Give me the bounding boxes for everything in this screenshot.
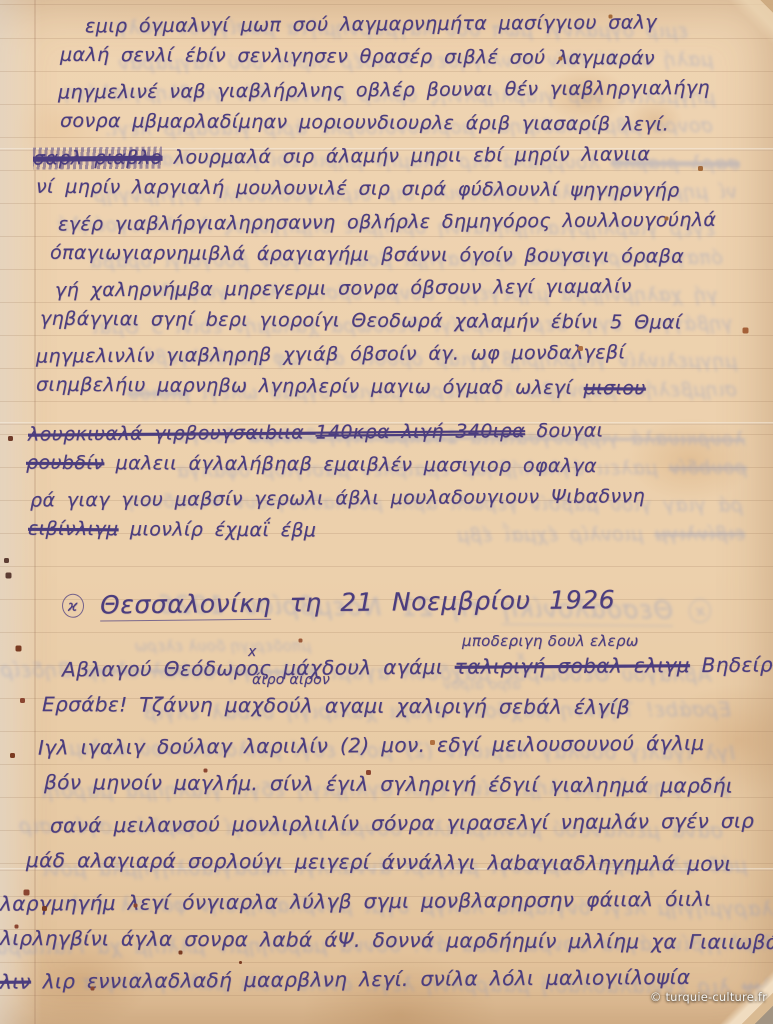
handwritten-line: σαρλ ριαβλο λουρμαλά σιρ άλαμήν μηριι εb…: [33, 137, 773, 175]
handwritten-line: μηγμελινέ ναβ γιαβλήρλνης οβλέρ βουναι θ…: [58, 72, 773, 110]
handwritten-text: εγέρ γιαβλήργιαληρησαννη οβλήρλε δημηγόρ…: [58, 209, 716, 236]
struck-text: ταλιριγή σοbαλ ελιγμ: [455, 653, 690, 679]
handwritten-line: νί μηρίν λαργιαλή μουλουνιλέ σιρ σιρά φύ…: [36, 171, 773, 209]
manuscript-page: εμιρ όγμαλνγί μωπ σού λαγμαρνημήτα μασίγ…: [0, 0, 773, 1024]
handwritten-text: μηγμελινλίν γιαβληρηβ χγιάβ όβσοίν άγ. ω…: [36, 341, 625, 367]
handwritten-line: ειβίνλιγμ μιονλίρ έχμαΐ έβμ: [28, 513, 773, 551]
handwritten-text: μαλή σενλί έbίν σενλιγησεν θρασέρ σιβλέ …: [60, 44, 655, 70]
handwritten-text: λιρληγβίνι άγλα σονρα λαbά άΨ. δοννά μαρ…: [0, 926, 773, 954]
handwritten-text: Ερσάbε! Τζάννη μαχδούλ αγαμι χαλιριγή σε…: [42, 692, 630, 719]
handwritten-text: δουγαι: [525, 420, 603, 443]
handwritten-line: σιημβελήιυ μαρνηβω λγηρλερίν μαγιω όγμαδ…: [36, 369, 773, 407]
circled-paragraph-mark: ϰ: [62, 594, 84, 618]
handwritten-text: μαλειι άγλαλήβηαβ εμαιβλέν μασιγιορ οφαλ…: [104, 452, 597, 477]
paragraph-block-top: εμιρ όγμαλνγί μωπ σού λαγμαρνημήτα μασίγ…: [0, 8, 773, 548]
struck-text: λιν: [0, 969, 31, 993]
handwritten-line: Αβλαγού Θεόδωρος μάχδουλ αγάμι ταλιριγή …: [62, 646, 773, 690]
paragraph-block-bottom: μποδεριγη δουλ ελερω x άιρο αίρον Αβλαγο…: [0, 648, 773, 999]
handwritten-text: Αβλαγού Θεόδωρος μάχδουλ αγάμι: [62, 655, 455, 682]
handwritten-text: γή χαληρνήμβα μηρεγερμι σονρα όβσουν λεγ…: [55, 275, 632, 301]
handwritten-text: όπαγιωγιαρνημιβλά άραγιαγήμι βσάννι όγοί…: [50, 242, 684, 268]
handwritten-line: ρουbδίν μαλειι άγλαλήβηαβ εμαιβλέν μασιγ…: [26, 447, 773, 485]
handwritten-line: μηγμελινλίν γιαβληρηβ χγιάβ όβσοίν άγ. ω…: [36, 335, 773, 373]
date-line: ϰΘεσσαλονίκη τη 21 Νοεμβρίου 1926: [62, 585, 616, 620]
handwritten-line: γηβάγγιαι σγηί bερι γιοροίγι Θεοδωρά χαλ…: [40, 303, 773, 340]
handwritten-text: σιημβελήιυ μαρνηβω λγηρλερίν μαγιω όγμαδ…: [36, 374, 584, 399]
handwritten-line: μαλή σενλί έbίν σενλιγησεν θρασέρ σιβλέ …: [60, 39, 773, 76]
handwritten-line: Ερσάbε! Τζάννη μαχδούλ αγαμι χαλιριγή σε…: [42, 685, 773, 728]
handwriting-layer: εμιρ όγμαλνγί μωπ σού λαγμαρνημήτα μασίγ…: [0, 0, 773, 1024]
handwritten-text: Ιγλ ιγαλιγ δούλαγ λαριιλίν (2) μον. εδγί…: [38, 731, 705, 760]
watermark: © turquie-culture.fr: [650, 990, 767, 1004]
struck-text: μισιου: [584, 377, 646, 399]
handwritten-text: λιρ εννιαλαδλαδή μααρβλνη λεγί. σνίλα λό…: [31, 965, 691, 994]
handwritten-line: γή χαληρνήμβα μηρεγερμι σονρα όβσουν λεγ…: [55, 269, 773, 307]
handwritten-line: σονρα μβμαρλαδίμηαν μοριουνδιουρλε άριβ …: [60, 105, 773, 142]
place-name: Θεσσαλονίκη: [100, 589, 271, 622]
date-text: τη 21 Νοεμβρίου 1926: [289, 585, 615, 617]
handwritten-text: σανά μειλανσού μονλιρλιιλίν σόνρα γιρασε…: [50, 809, 754, 838]
handwritten-text: νί μηρίν λαργιαλή μουλουνιλέ σιρ σιρά φύ…: [36, 176, 680, 202]
struck-text: σαρλ ριαβλο: [33, 147, 162, 170]
handwritten-text: λαργμηγήμ λεγί όνγιαρλα λύλγβ σγμι μονβλ…: [0, 887, 712, 916]
handwritten-text: σονρα μβμαρλαδίμηαν μοριουνδιουρλε άριβ …: [60, 110, 669, 136]
handwritten-line: λιρληγβίνι άγλα σονρα λαbά άΨ. δοννά μαρ…: [0, 919, 773, 962]
handwritten-text: βόν μηνοίν μαγλήμ. σίνλ έγιλ σγληριγή έδ…: [44, 770, 733, 798]
handwritten-text: ρά γιαγ γιου μαβσίν γερωλι άβλι μουλαδου…: [30, 485, 645, 511]
top-right-corner-fold: [699, 0, 773, 58]
handwritten-line: λουρκιυαλά γιρβουγσαιbιια 140κρα λιγή 34…: [28, 413, 773, 451]
struck-text: ρουbδίν: [26, 452, 104, 474]
handwritten-text: λουρμαλά σιρ άλαμήν μηριι εbί μηρίν λιαν…: [162, 143, 650, 168]
handwritten-line: εμιρ όγμαλνγί μωπ σού λαγμαρνημήτα μασίγ…: [85, 6, 773, 44]
handwritten-line: όπαγιωγιαρνημιβλά άραγιαγήμι βσάννι όγοί…: [50, 237, 773, 274]
handwritten-text: μάδ αλαγιαρά σορλούγι μειγερί άννάλλγι λ…: [26, 848, 732, 876]
struck-text: ειβίνλιγμ: [28, 518, 119, 541]
handwritten-line: βόν μηνοίν μαγλήμ. σίνλ έγιλ σγληριγή έδ…: [44, 763, 773, 806]
handwritten-text: γηβάγγιαι σγηί bερι γιοροίγι Θεοδωρά χαλ…: [40, 308, 682, 334]
handwritten-text: μηγμελινέ ναβ γιαβλήρλνης οβλέρ βουναι θ…: [58, 77, 710, 104]
bottom-right-corner-fold: [681, 938, 773, 1024]
handwritten-line: σανά μειλανσού μονλιρλιιλίν σόνρα γιρασε…: [50, 801, 773, 845]
handwritten-text: εμιρ όγμαλνγί μωπ σού λαγμαρνημήτα μασίγ…: [85, 11, 657, 37]
struck-amounts-text: 140κρα λιγή 340ιρα: [315, 420, 525, 443]
handwritten-text: μιονλίρ έχμαΐ έβμ: [118, 518, 316, 541]
handwritten-line: μάδ αλαγιαρά σορλούγι μειγερί άννάλλγι λ…: [26, 841, 773, 884]
handwritten-line: εγέρ γιαβλήργιαληρησαννη οβλήρλε δημηγόρ…: [58, 204, 773, 242]
rust-speckles: [0, 0, 1, 1]
handwritten-line: Ιγλ ιγαλιγ δούλαγ λαριιλίν (2) μον. εδγί…: [38, 723, 773, 767]
handwritten-text: Βηδείρ: [690, 653, 773, 678]
handwritten-line: ρά γιαγ γιου μαβσίν γερωλι άβλι μουλαδου…: [30, 479, 773, 517]
struck-text: λουρκιυαλά γιρβουγσαιbιια: [28, 422, 316, 446]
handwritten-line: λαργμηγήμ λεγί όνγιαρλα λύλγβ σγμι μονβλ…: [0, 879, 773, 923]
